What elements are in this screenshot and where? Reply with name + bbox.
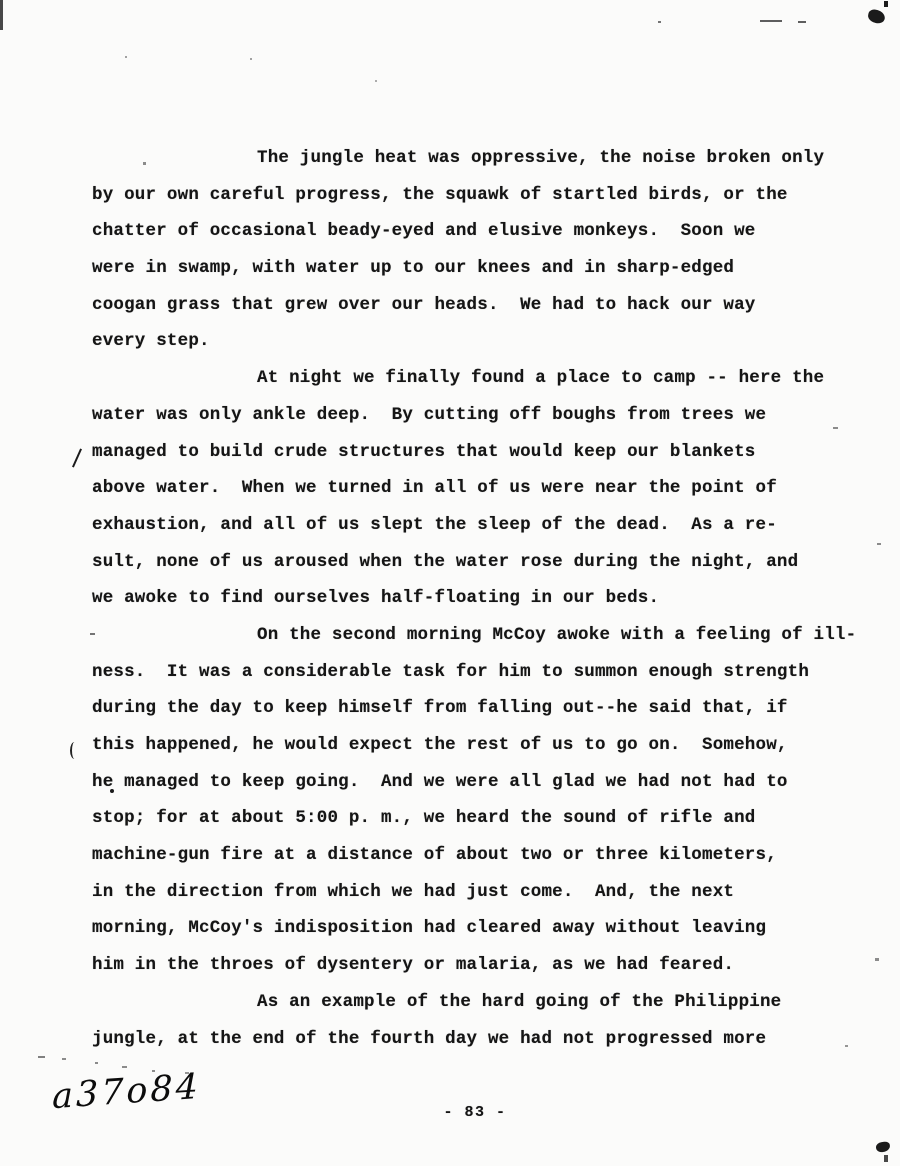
scan-speck (658, 21, 661, 23)
text-line: this happened, he would expect the rest … (92, 727, 832, 764)
text-line: chatter of occasional beady-eyed and elu… (92, 213, 832, 250)
page-number: - 83 - (400, 1104, 550, 1121)
scan-speck (152, 1070, 155, 1072)
text-line: were in swamp, with water up to our knee… (92, 250, 832, 287)
text-line: sult, none of us aroused when the water … (92, 544, 832, 581)
scan-speck (125, 56, 127, 58)
ink-blot-top-right (867, 8, 887, 25)
scan-speck (375, 80, 377, 82)
text-line: jungle, at the end of the fourth day we … (92, 1021, 832, 1058)
scan-edge-mark (0, 0, 3, 30)
text-line: coogan grass that grew over our heads. W… (92, 287, 832, 324)
scan-speck (38, 1056, 45, 1058)
text-line: in the direction from which we had just … (92, 874, 832, 911)
ink-blot-bottom-right (875, 1141, 890, 1153)
text-line: we awoke to find ourselves half-floating… (92, 580, 832, 617)
scan-speck (143, 162, 146, 165)
text-line: As an example of the hard going of the P… (92, 984, 832, 1021)
text-line: stop; for at about 5:00 p. m., we heard … (92, 800, 832, 837)
scan-speck (122, 1066, 127, 1068)
scan-speck (884, 1, 888, 7)
scan-speck (884, 1155, 888, 1162)
scan-speck (877, 543, 881, 545)
text-line: above water. When we turned in all of us… (92, 470, 832, 507)
text-line: exhaustion, and all of us slept the slee… (92, 507, 832, 544)
text-line: he managed to keep going. And we were al… (92, 764, 832, 801)
text-line: every step. (92, 323, 832, 360)
scan-speck (110, 789, 114, 793)
scan-speck (95, 1062, 98, 1064)
text-line: morning, McCoy's indisposition had clear… (92, 910, 832, 947)
margin-slash-mark (72, 448, 82, 467)
text-line: by our own careful progress, the squawk … (92, 177, 832, 214)
text-line: ness. It was a considerable task for him… (92, 654, 832, 691)
scan-speck (833, 427, 838, 429)
text-line: during the day to keep himself from fall… (92, 690, 832, 727)
scan-speck (845, 1045, 848, 1047)
scan-speck (62, 1058, 66, 1060)
text-line: him in the throes of dysentery or malari… (92, 947, 832, 984)
scan-speck (760, 20, 782, 22)
text-line: The jungle heat was oppressive, the nois… (92, 140, 832, 177)
document-page: The jungle heat was oppressive, the nois… (0, 0, 900, 1166)
scan-speck (798, 21, 806, 23)
text-line: managed to build crude structures that w… (92, 434, 832, 471)
scan-speck (875, 958, 879, 961)
text-line: water was only ankle deep. By cutting of… (92, 397, 832, 434)
margin-paren-mark (70, 742, 79, 759)
text-line: machine-gun fire at a distance of about … (92, 837, 832, 874)
typewritten-text: The jungle heat was oppressive, the nois… (92, 140, 832, 1057)
text-line: On the second morning McCoy awoke with a… (92, 617, 832, 654)
handwritten-annotation: a37o84 (52, 1067, 201, 1117)
scan-speck (250, 58, 252, 60)
text-line: At night we finally found a place to cam… (92, 360, 832, 397)
scan-speck (90, 633, 95, 635)
scan-speck (185, 1072, 189, 1074)
